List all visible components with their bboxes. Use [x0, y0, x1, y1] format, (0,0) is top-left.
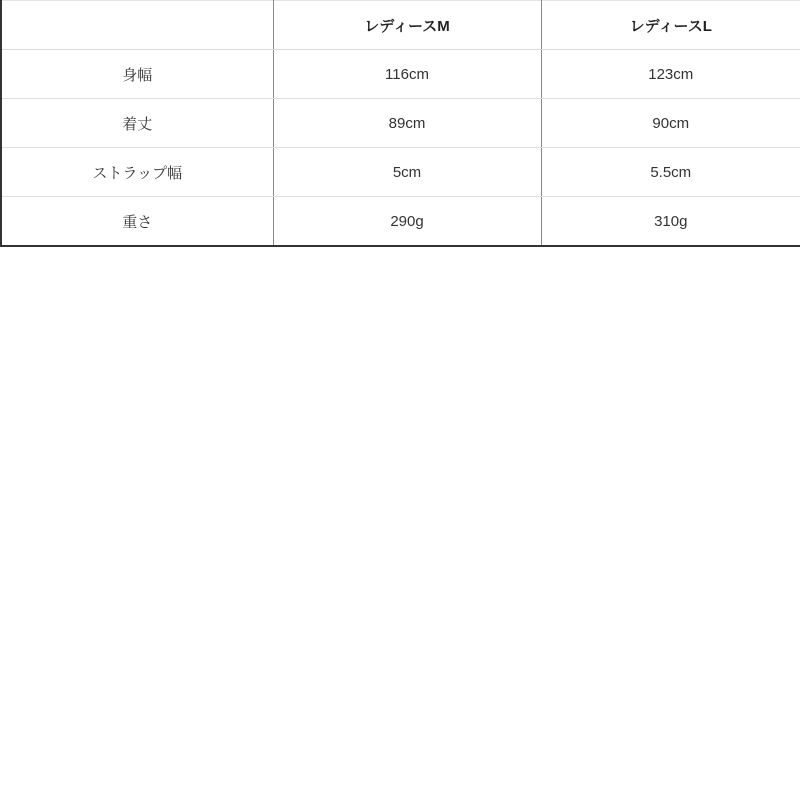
value-ladies-l: 5.5cm: [541, 148, 800, 197]
size-chart-table: レディースM レディースL 身幅 116cm 123cm 着丈 89cm 90c…: [0, 0, 800, 247]
value-ladies-l: 123cm: [541, 50, 800, 99]
value-ladies-m: 89cm: [273, 99, 541, 148]
table-row-strap-width: ストラップ幅 5cm 5.5cm: [1, 148, 800, 197]
header-row: レディースM レディースL: [1, 1, 800, 50]
header-size-ladies-l: レディースL: [541, 1, 800, 50]
header-size-ladies-m: レディースM: [273, 1, 541, 50]
table-row-weight: 重さ 290g 310g: [1, 197, 800, 247]
value-ladies-l: 310g: [541, 197, 800, 247]
value-ladies-m: 116cm: [273, 50, 541, 99]
table-row-body-width: 身幅 116cm 123cm: [1, 50, 800, 99]
row-label: 重さ: [1, 197, 273, 247]
row-label: ストラップ幅: [1, 148, 273, 197]
row-label: 身幅: [1, 50, 273, 99]
value-ladies-m: 290g: [273, 197, 541, 247]
table-row-length: 着丈 89cm 90cm: [1, 99, 800, 148]
header-corner-cell: [1, 1, 273, 50]
value-ladies-l: 90cm: [541, 99, 800, 148]
value-ladies-m: 5cm: [273, 148, 541, 197]
row-label: 着丈: [1, 99, 273, 148]
